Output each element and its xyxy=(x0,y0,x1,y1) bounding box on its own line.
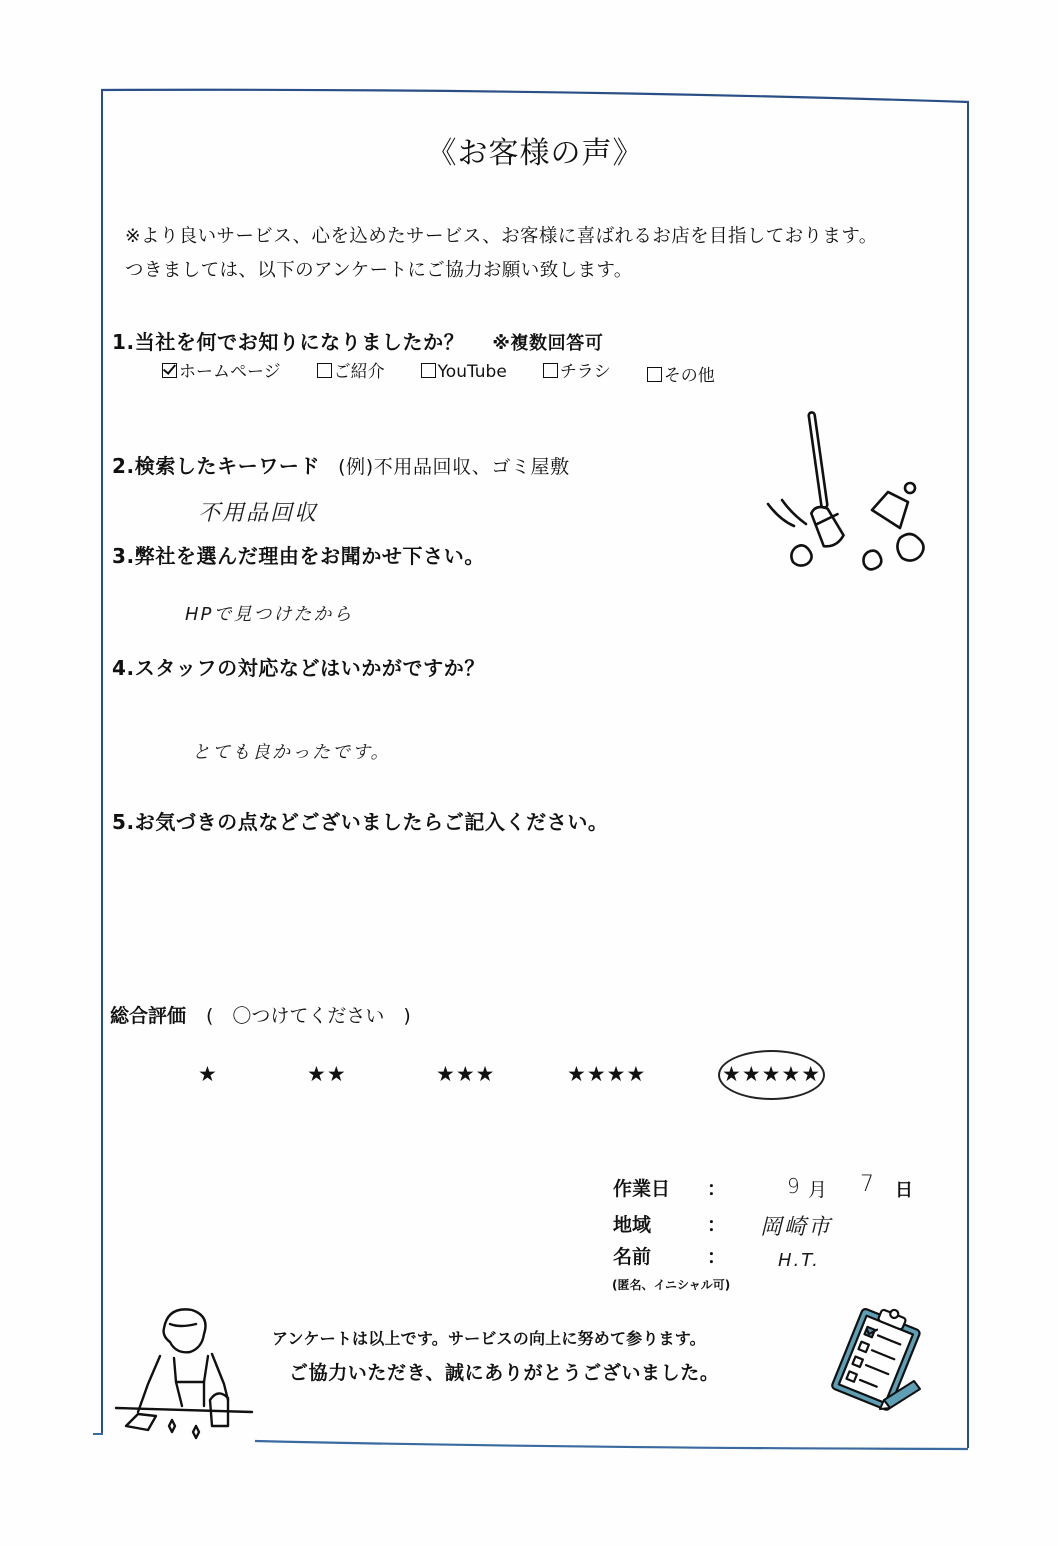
option-flyer[interactable]: チラシ xyxy=(543,357,611,382)
colon: ： xyxy=(707,1210,726,1237)
selected-circle-mark: ★★★★★ xyxy=(718,1050,825,1100)
rating-option-1[interactable]: ★ xyxy=(198,1062,218,1086)
option-label: チラシ xyxy=(560,362,611,382)
multiple-answers-note: ※複数回答可 xyxy=(492,333,603,354)
survey-sheet: 《お客様の声》 ※より良いサービス、心を込めたサービス、お客様に喜ばれるお店を目… xyxy=(0,0,1058,1546)
name-label: 名前 xyxy=(613,1242,651,1269)
clipboard-checklist-illustration xyxy=(822,1305,932,1420)
cleaning-person-illustration xyxy=(112,1300,262,1445)
rating-option-4[interactable]: ★★★★ xyxy=(567,1062,646,1086)
frame-bottom-border xyxy=(255,1440,967,1452)
footer-line-2: ご協力いただき、誠にありがとうございました。 xyxy=(289,1358,719,1385)
name-value-handwritten[interactable]: H.T. xyxy=(778,1250,820,1271)
name-note: (匿名、イニシャル可) xyxy=(612,1276,730,1293)
answer-4-handwritten[interactable]: とても良かったです。 xyxy=(192,738,391,764)
footer-line-1: アンケートは以上です。サービスの向上に努めて参ります。 xyxy=(272,1326,706,1349)
region-value-handwritten[interactable]: 岡崎市 xyxy=(760,1210,832,1241)
checkbox-icon[interactable] xyxy=(317,363,332,378)
question-3: 3.弊社を選んだ理由をお聞かせ下さい。 xyxy=(112,540,485,569)
intro-line-1: ※より良いサービス、心を込めたサービス、お客様に喜ばれるお店を目指しております。 xyxy=(125,222,878,248)
rating-instruction: ( 〇つけてください ) xyxy=(206,1005,411,1027)
option-homepage[interactable]: ホームページ xyxy=(162,357,281,382)
answer-5-area[interactable] xyxy=(130,850,830,970)
rating-label: 総合評価 xyxy=(110,1005,186,1027)
question-4: 4.スタッフの対応などはいかがですか？ xyxy=(112,652,485,681)
question-1-label: 1.当社を何でお知りになりましたか？ xyxy=(112,330,464,354)
colon: ： xyxy=(707,1242,726,1269)
work-date-day[interactable]: 7 xyxy=(860,1172,876,1197)
page-title: 《お客様の声》 xyxy=(0,128,1058,172)
checkbox-checked-icon[interactable] xyxy=(162,363,177,378)
question-1-options: ホームページご紹介YouTubeチラシその他 xyxy=(162,357,751,382)
broom-dustpan-illustration xyxy=(760,410,940,580)
colon: ： xyxy=(707,1174,726,1201)
checkbox-icon[interactable] xyxy=(543,363,558,378)
question-5: 5.お気づきの点などございましたらご記入ください。 xyxy=(112,806,609,835)
checkbox-icon[interactable] xyxy=(647,367,662,382)
option-youtube[interactable]: YouTube xyxy=(421,362,507,382)
month-unit: 月 xyxy=(808,1175,827,1202)
work-date-label: 作業日 xyxy=(613,1174,670,1201)
frame-top-border xyxy=(101,88,969,102)
frame-left-border xyxy=(101,89,103,1434)
overall-rating: 総合評価( 〇つけてください ) xyxy=(110,1001,411,1028)
option-label: その他 xyxy=(664,366,715,386)
frame-right-border xyxy=(967,103,969,1448)
day-unit: 日 xyxy=(895,1176,913,1202)
option-label: ご紹介 xyxy=(334,362,385,382)
answer-2-handwritten[interactable]: 不用品回収 xyxy=(198,496,318,527)
question-2-label: 2.検索したキーワード xyxy=(112,454,320,478)
intro-line-2: つきましては、以下のアンケートにご協力お願い致します。 xyxy=(125,256,633,282)
rating-option-5-selected[interactable]: ★★★★★ xyxy=(722,1062,825,1086)
question-2: 2.検索したキーワード(例)不用品回収、ゴミ屋敷 xyxy=(112,450,570,479)
question-1: 1.当社を何でお知りになりましたか？※複数回答可 xyxy=(112,326,603,355)
option-label: YouTube xyxy=(438,362,507,382)
keyword-example: (例)不用品回収、ゴミ屋敷 xyxy=(338,456,570,478)
region-label: 地域 xyxy=(613,1210,651,1237)
rating-option-2[interactable]: ★★ xyxy=(307,1062,347,1086)
checkbox-icon[interactable] xyxy=(421,363,436,378)
answer-3-handwritten[interactable]: HPで見つけたから xyxy=(185,600,353,626)
work-date-month[interactable]: 9 xyxy=(787,1174,802,1198)
option-referral[interactable]: ご紹介 xyxy=(317,357,385,382)
frame-bottom-left-border xyxy=(93,1433,103,1435)
option-label: ホームページ xyxy=(179,362,281,382)
option-other[interactable]: その他 xyxy=(647,361,715,386)
rating-option-3[interactable]: ★★★ xyxy=(436,1062,495,1086)
